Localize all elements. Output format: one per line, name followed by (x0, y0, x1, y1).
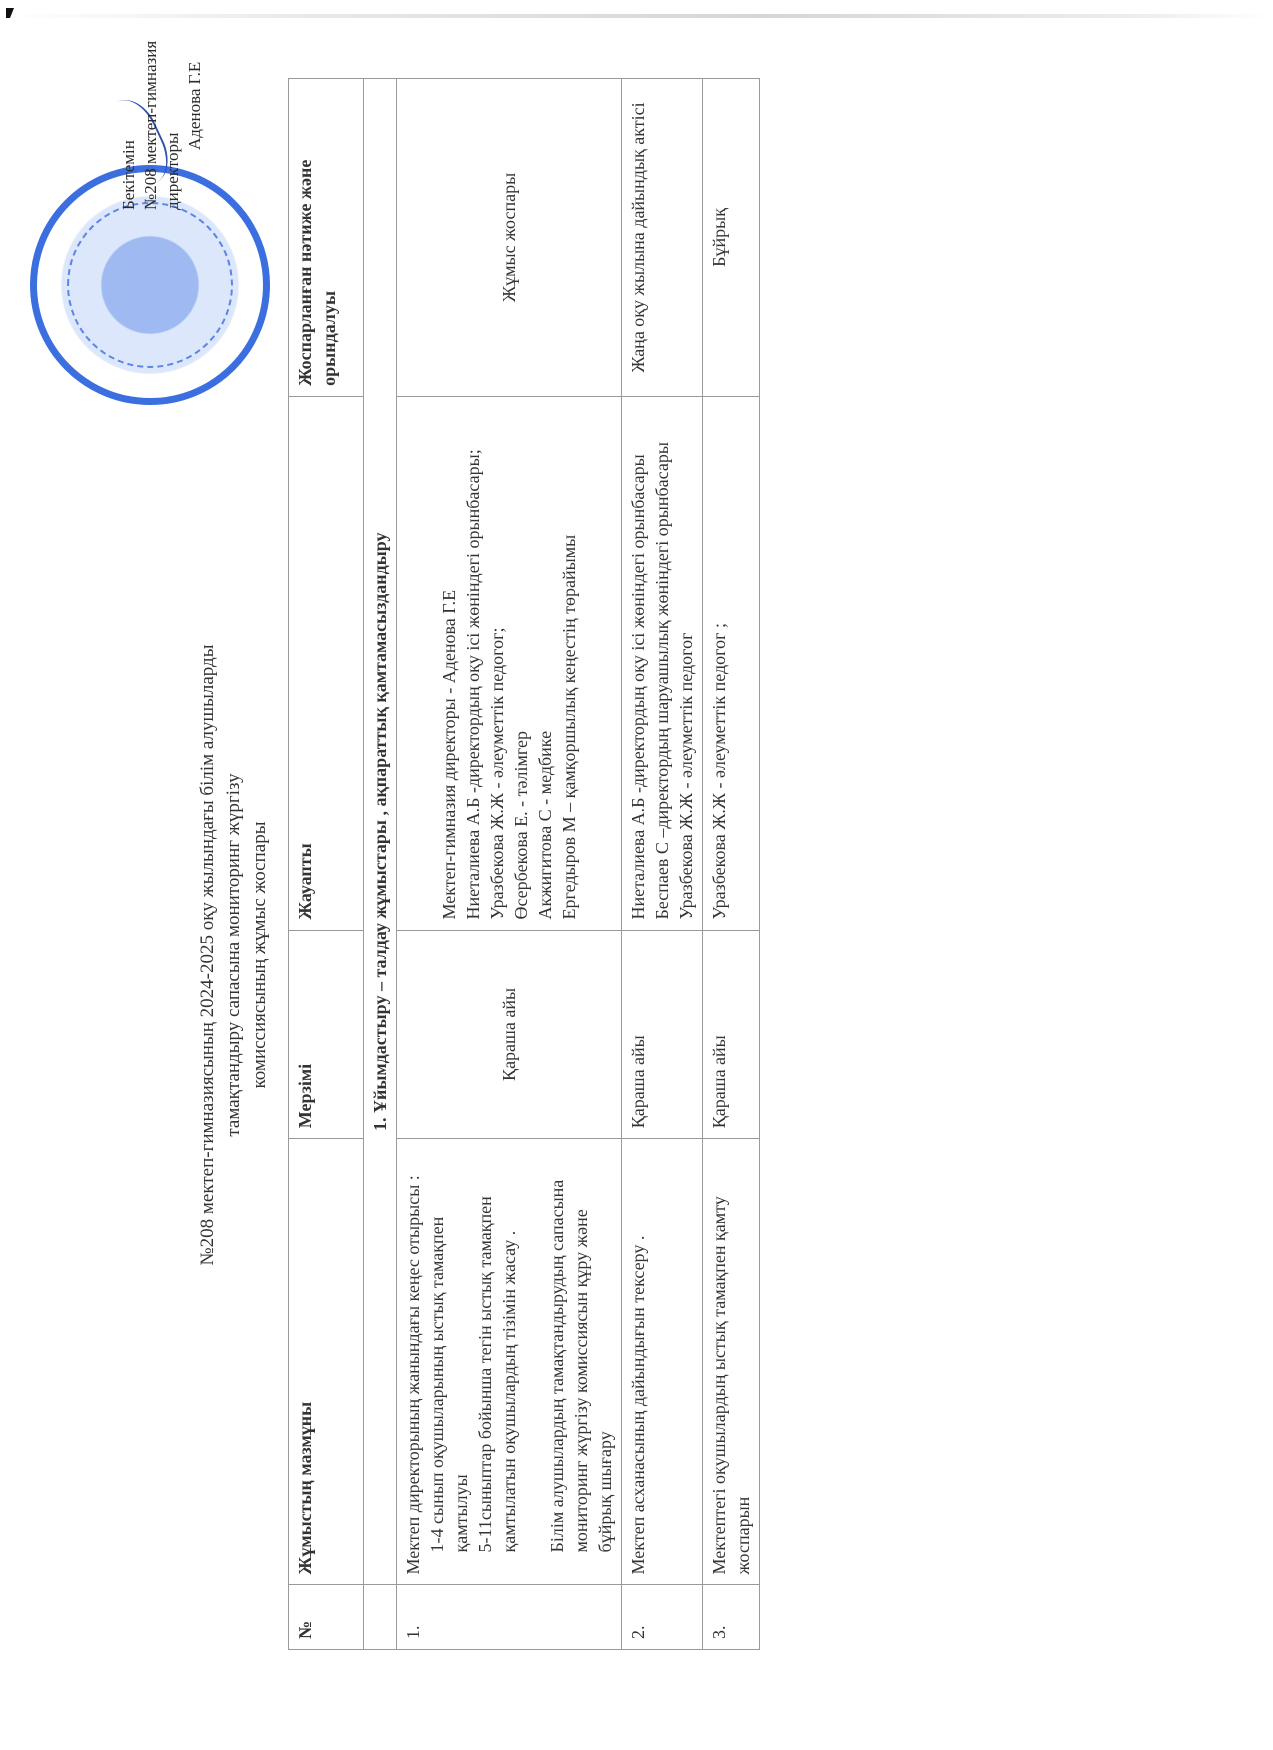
header-content: Жұмыстың мазмұны (289, 1139, 364, 1585)
document-title: №208 мектеп-гимназиясының 2024-2025 оқу … (195, 380, 273, 1530)
header-responsible: Жауапты (289, 396, 364, 930)
row-date: Қараша айы (703, 930, 760, 1139)
work-plan-table: № Жұмыстың мазмұны Мерзімі Жауапты Жоспа… (288, 78, 760, 1650)
responsible-line: Акжигитова С - медбике (533, 407, 557, 920)
title-line-2: тамақтандыру сапасына мониторинг жүргізу (221, 380, 247, 1530)
responsible-line: Ниеталиева А.Б -директордың оқу ісі жөні… (461, 407, 485, 920)
row-num: 1. (397, 1585, 622, 1650)
document-page: Бекітемін №208 мектеп-гимназия директоры… (0, 0, 1273, 1750)
content-line: 5-11сыныптар бойынша тегін ыстық тамақпе… (473, 1149, 521, 1574)
title-line-1: №208 мектеп-гимназиясының 2024-2025 оқу … (195, 380, 221, 1530)
row-content: Мектеп директорының жанындағы кеңес отыр… (397, 1139, 622, 1585)
content-line: Мектептегі оқушылардың ыстық тамақпен қа… (707, 1149, 755, 1574)
responsible-line: Уразбекова Ж.Ж - әлеуметтік педогог; (485, 407, 509, 920)
responsible-line: Беспаев С –директордың шаруашылық жөнінд… (650, 407, 674, 920)
content-line: Мектеп асханасының дайындығын тексеру . (626, 1149, 650, 1574)
approval-label: Бекітемін (118, 10, 140, 210)
responsible-line: Ниеталиева А.Б -директордың оқу ісі жөні… (626, 407, 650, 920)
row-responsible: Уразбекова Ж.Ж - әлеуметтік педогог ; (703, 396, 760, 930)
table-row: 1. Мектеп директорының жанындағы кеңес о… (397, 79, 622, 1650)
stamp-emblem (67, 202, 233, 368)
section-spacer (364, 1585, 397, 1650)
row-content: Мектеп асханасының дайындығын тексеру . (622, 1139, 703, 1585)
content-line: Білім алушылардың тамақтандырудың сапасы… (545, 1149, 617, 1574)
approval-school: №208 мектеп-гимназия (140, 10, 162, 210)
content-line: Мектеп директорының жанындағы кеңес отыр… (401, 1149, 425, 1574)
row-result: Жұмыс жоспары (397, 79, 622, 397)
title-line-3: комиссиясының жұмыс жоспары (247, 380, 273, 1530)
responsible-line: Ергедыров М – қамқоршылық кеңестің төрай… (557, 407, 581, 920)
row-responsible: Ниеталиева А.Б -директордың оқу ісі жөні… (622, 396, 703, 930)
row-responsible: Мектеп-гимназия директоры - Аденова Г.Е … (397, 396, 622, 930)
section-row: 1. Ұйымдастыру – талдау жұмыстары , ақпа… (364, 79, 397, 1650)
approval-position: директоры (162, 10, 184, 210)
table-row: 2. Мектеп асханасының дайындығын тексеру… (622, 79, 703, 1650)
spacer (521, 1149, 545, 1574)
responsible-line: Уразбекова Ж.Ж - әлеуметтік педогог (674, 407, 698, 920)
responsible-line: Уразбекова Ж.Ж - әлеуметтік педогог ; (707, 407, 731, 920)
row-result: Бұйрық (703, 79, 760, 397)
row-num: 3. (703, 1585, 760, 1650)
row-num: 2. (622, 1585, 703, 1650)
section-title: 1. Ұйымдастыру – талдау жұмыстары , ақпа… (364, 79, 397, 1585)
header-result: Жоспарланған нәтиже және орындалуы (289, 79, 364, 397)
content-line: 1-4 сынып оқушыларының ыстық тамақпен қа… (425, 1149, 473, 1574)
approval-name: Аденова Г.Е (184, 10, 206, 210)
table-header-row: № Жұмыстың мазмұны Мерзімі Жауапты Жоспа… (289, 79, 364, 1650)
responsible-line: Өсербекова Е. - тәлімгер (509, 407, 533, 920)
approval-block: Бекітемін №208 мектеп-гимназия директоры… (118, 10, 206, 210)
header-num: № (289, 1585, 364, 1650)
row-result: Жаңа оқу жылына дайындық актісі (622, 79, 703, 397)
header-date: Мерзімі (289, 930, 364, 1139)
row-content: Мектептегі оқушылардың ыстық тамақпен қа… (703, 1139, 760, 1585)
row-date: Қараша айы (397, 930, 622, 1139)
table-row: 3. Мектептегі оқушылардың ыстық тамақпен… (703, 79, 760, 1650)
responsible-line: Мектеп-гимназия директоры - Аденова Г.Е (437, 407, 461, 920)
row-date: Қараша айы (622, 930, 703, 1139)
